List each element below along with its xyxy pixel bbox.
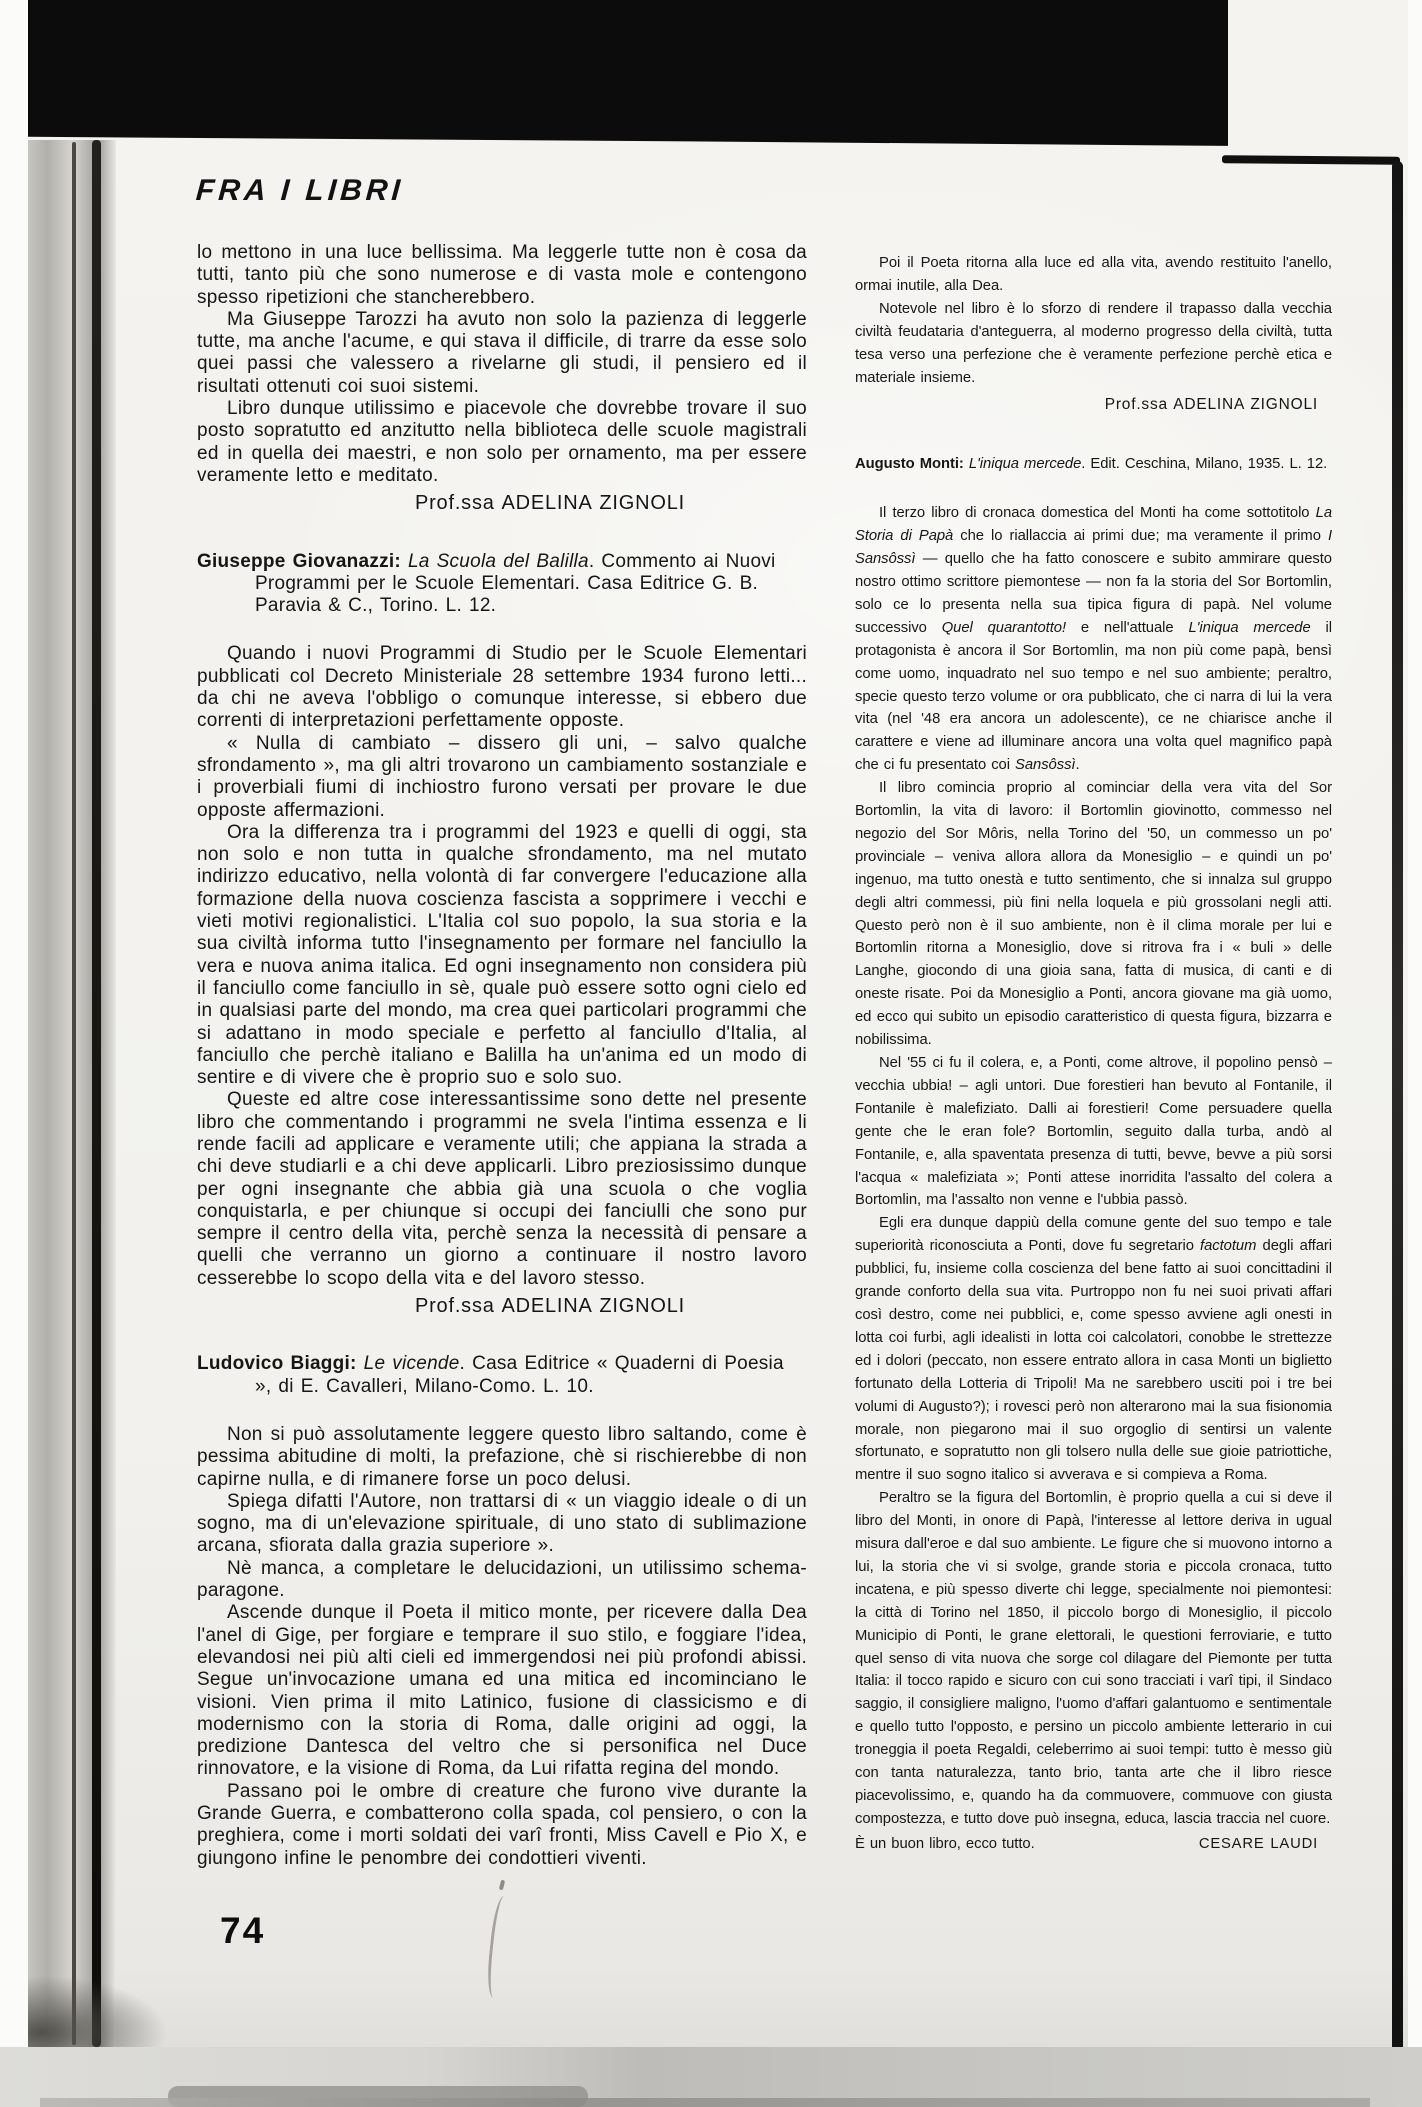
text-run: È un buon libro, ecco tutto. — [855, 1836, 1035, 1852]
left-text-column: lo mettono in una luce bellissima. Ma le… — [197, 242, 807, 1870]
paragraph: Nè manca, a completare le delucidazioni,… — [197, 1558, 807, 1603]
paragraph: Quando i nuovi Programmi di Studio per l… — [197, 643, 807, 732]
text-run: Ma Giuseppe Tarozzi ha avuto non solo la… — [197, 309, 807, 397]
text-run: Le vicende — [364, 1353, 460, 1374]
text-run: Peraltro se la figura del Bortomlin, è p… — [855, 1490, 1332, 1827]
paragraph: Queste ed altre cose interessantissime s… — [197, 1089, 807, 1290]
gutter-line — [72, 142, 76, 2045]
paragraph: Ora la differenza tra i programmi del 19… — [197, 822, 807, 1090]
reviewer-signature: Prof.ssa ADELINA ZIGNOLI — [197, 1295, 807, 1317]
text-run: L'iniqua mercede — [969, 456, 1081, 472]
paragraph: Ma Giuseppe Tarozzi ha avuto non solo la… — [197, 309, 807, 398]
paragraph: Egli era dunque dappiù della comune gent… — [855, 1212, 1332, 1487]
paragraph: « Nulla di cambiato – dissero gli uni, –… — [197, 733, 807, 822]
paragraph: lo mettono in una luce bellissima. Ma le… — [197, 242, 807, 309]
text-run: Nè manca, a completare le delucidazioni,… — [197, 1558, 807, 1601]
paragraph: Ascende dunque il Poeta il mitico monte,… — [197, 1602, 807, 1780]
text-run: . — [1076, 757, 1080, 773]
scan-bottom-edge — [40, 2098, 1370, 2107]
text-run: . Edit. Ceschina, Milano, 1935. L. 12. — [1081, 456, 1327, 472]
closing-text: È un buon libro, ecco tutto. — [855, 1833, 1035, 1856]
text-run: Non si può assolutamente leggere questo … — [197, 1424, 807, 1490]
closing-line: È un buon libro, ecco tutto.CESARE LAUDI — [855, 1833, 1332, 1856]
text-run: Ludovico Biaggi: — [197, 1353, 364, 1374]
text-run: degli affari pubblici, fu, insieme colla… — [855, 1238, 1332, 1483]
text-run: Il terzo libro di cronaca domestica del … — [879, 505, 1316, 521]
paragraph: Il libro comincia proprio al cominciar d… — [855, 777, 1332, 1052]
text-run: factotum — [1200, 1238, 1256, 1254]
scan-top-black-band — [28, 0, 1228, 152]
paragraph: Notevole nel libro è lo sforzo di render… — [855, 298, 1332, 390]
text-run: Quel quarantotto! — [942, 620, 1066, 636]
review-heading: Augusto Monti: L'iniqua mercede. Edit. C… — [855, 453, 1332, 476]
text-run: Notevole nel libro è lo sforzo di render… — [855, 301, 1332, 386]
review-heading: Giuseppe Giovanazzi: La Scuola del Balil… — [197, 551, 807, 618]
review-heading: Ludovico Biaggi: Le vicende. Casa Editri… — [197, 1353, 807, 1398]
text-run: Nel '55 ci fu il colera, e, a Ponti, com… — [855, 1055, 1332, 1208]
paragraph: Libro dunque utilissimo e piacevole che … — [197, 398, 807, 487]
page-number: 74 — [220, 1910, 265, 1952]
text-run: « Nulla di cambiato – dissero gli uni, –… — [197, 733, 807, 821]
text-run: Il libro comincia proprio al cominciar d… — [855, 780, 1332, 1048]
paragraph: Il terzo libro di cronaca domestica del … — [855, 502, 1332, 777]
text-run: Poi il Poeta ritorna alla luce ed alla v… — [855, 255, 1332, 294]
text-run: il protagonista è ancora il Sor Bortomli… — [855, 620, 1332, 773]
reviewer-signature: CESARE LAUDI — [1199, 1833, 1332, 1856]
text-run: L'iniqua mercede — [1188, 620, 1310, 636]
reviewer-signature: Prof.ssa ADELINA ZIGNOLI — [197, 492, 807, 514]
text-run: Libro dunque utilissimo e piacevole che … — [197, 398, 807, 486]
text-run: che lo riallaccia ai primi due; ma veram… — [953, 528, 1328, 544]
text-run: La Scuola del Balilla — [408, 551, 589, 572]
text-run: Queste ed altre cose interessantissime s… — [197, 1089, 807, 1288]
page-edge-rule-horizontal — [1222, 155, 1400, 165]
text-run: Passano poi le ombre di creature che fur… — [197, 1781, 807, 1869]
gutter-line — [92, 140, 101, 2047]
page-edge-rule-vertical — [1392, 161, 1403, 2097]
paragraph: Peraltro se la figura del Bortomlin, è p… — [855, 1487, 1332, 1831]
paragraph: Nel '55 ci fu il colera, e, a Ponti, com… — [855, 1052, 1332, 1212]
text-run: Sansôssì — [1015, 757, 1075, 773]
text-run: Spiega difatti l'Autore, non trattarsi d… — [197, 1491, 807, 1557]
page-title: FRA I LIBRI — [195, 174, 405, 208]
right-text-column: Poi il Poeta ritorna alla luce ed alla v… — [855, 252, 1332, 1856]
text-run: Ascende dunque il Poeta il mitico monte,… — [197, 1602, 807, 1779]
reviewer-signature: Prof.ssa ADELINA ZIGNOLI — [855, 394, 1332, 417]
text-run: Giuseppe Giovanazzi: — [197, 551, 408, 572]
text-run: Ora la differenza tra i programmi del 19… — [197, 822, 807, 1088]
paragraph: Poi il Poeta ritorna alla luce ed alla v… — [855, 252, 1332, 298]
paragraph: Passano poi le ombre di creature che fur… — [197, 1781, 807, 1870]
gutter-shadow-foot — [28, 1975, 168, 2047]
paragraph: Non si può assolutamente leggere questo … — [197, 1424, 807, 1491]
text-run: e nell'attuale — [1066, 620, 1188, 636]
text-run: lo mettono in una luce bellissima. Ma le… — [197, 242, 807, 308]
text-run: Quando i nuovi Programmi di Studio per l… — [197, 643, 807, 731]
paragraph: Spiega difatti l'Autore, non trattarsi d… — [197, 1491, 807, 1558]
text-run: Augusto Monti: — [855, 456, 969, 472]
